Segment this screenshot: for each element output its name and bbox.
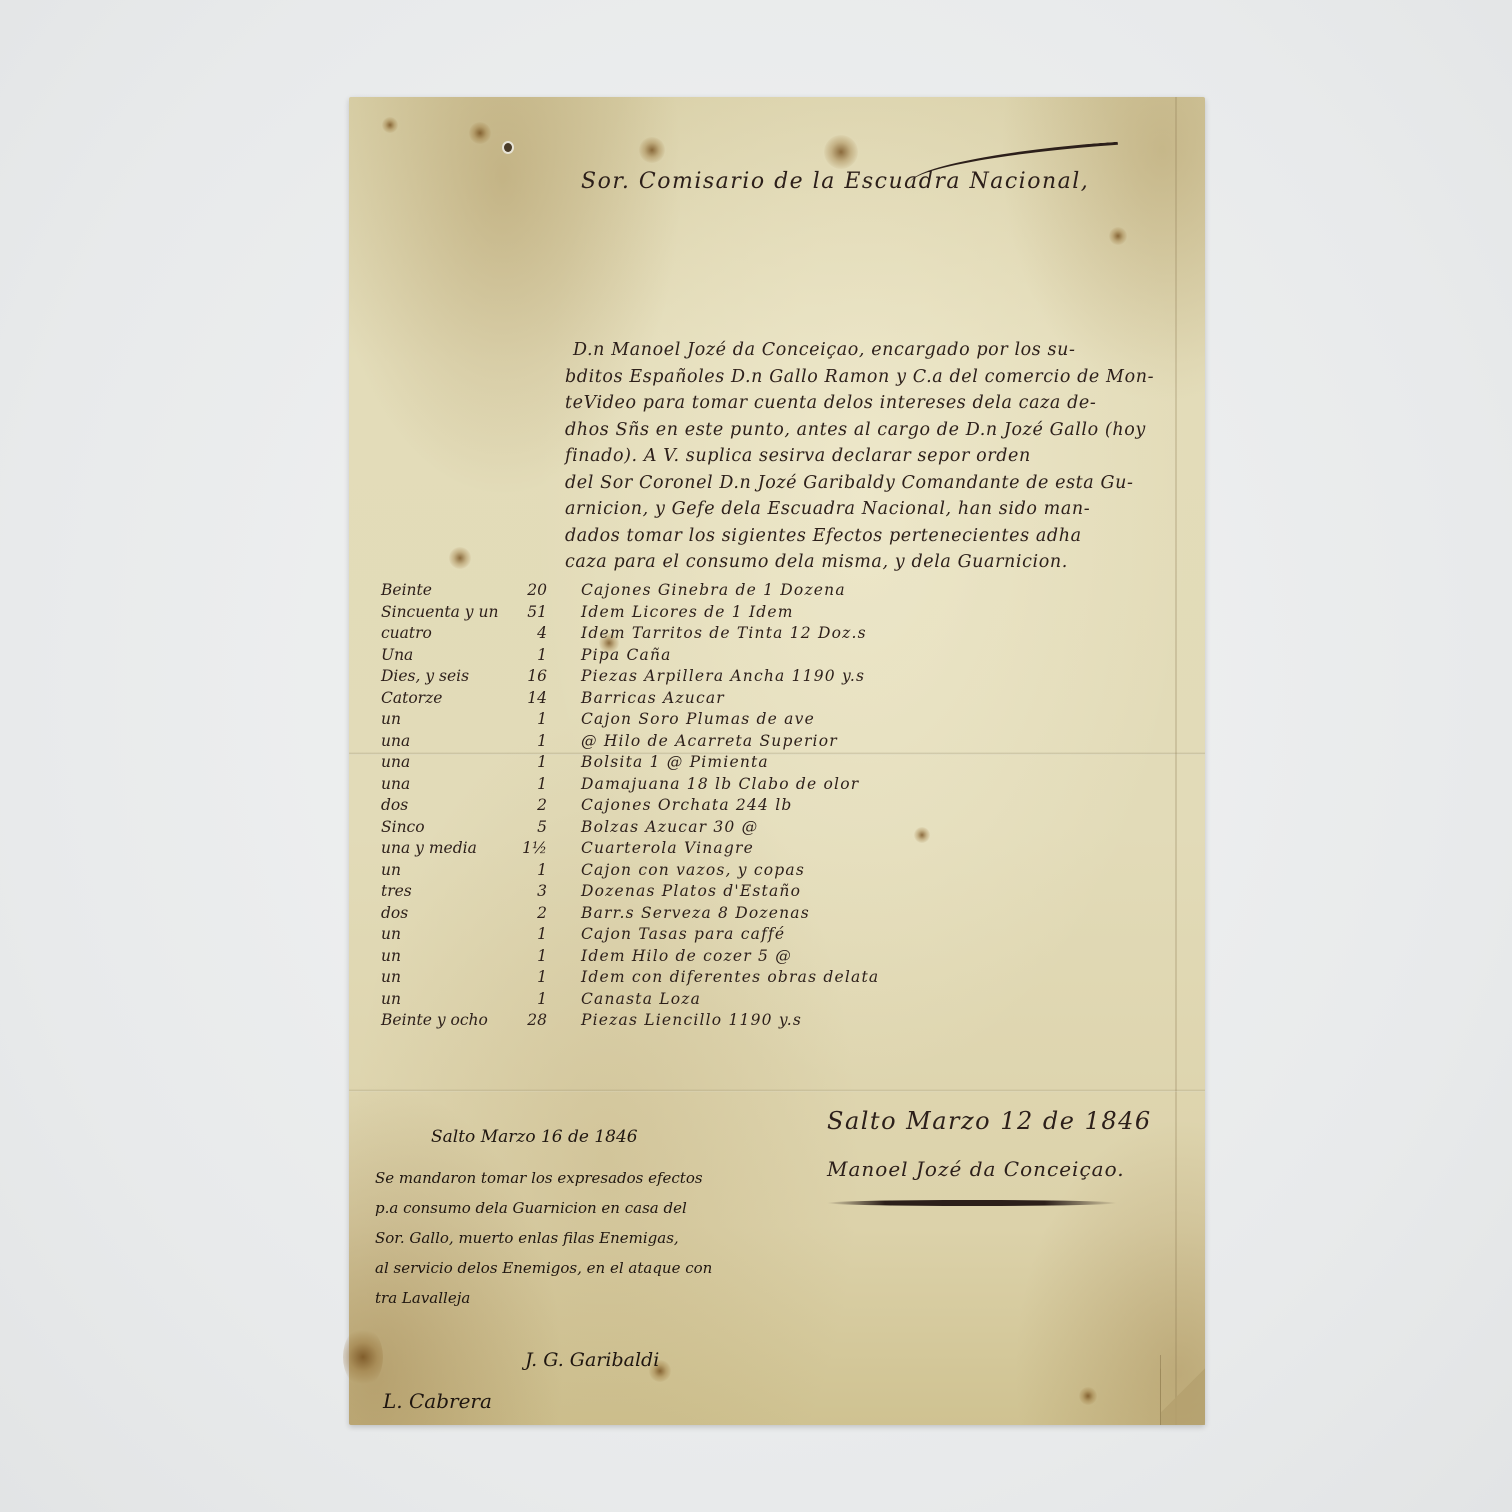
item-description: Idem Hilo de cozer 5 @ <box>581 947 792 965</box>
item-description: Cajon Soro Plumas de ave <box>581 710 815 728</box>
item-description: Dozenas Platos d'Estaño <box>581 882 801 900</box>
body-line: D.n Manoel Jozé da Conceiçao, encargado … <box>565 337 1185 364</box>
item-quantity-word: Catorze <box>381 689 501 707</box>
document-heading: Sor. Comisario de la Escuadra Nacional, <box>581 169 1089 194</box>
item-quantity-number: 28 <box>497 1011 547 1029</box>
signature-name: Manoel Jozé da Conceiçao. <box>827 1157 1152 1181</box>
item-description: Bolzas Azucar 30 @ <box>581 818 758 836</box>
item-quantity-word: dos <box>381 796 501 814</box>
body-line: dhos Sñs en este punto, antes al cargo d… <box>565 417 1185 444</box>
item-description: Idem Licores de 1 Idem <box>581 603 794 621</box>
item-quantity-number: 1 <box>497 775 547 793</box>
inventory-row: un1Idem con diferentes obras delata <box>381 968 1181 990</box>
item-quantity-word: una <box>381 753 501 771</box>
body-line: finado). A V. suplica sesirva declarar s… <box>565 443 1185 470</box>
item-description: Idem Tarritos de Tinta 12 Doz.s <box>581 624 867 642</box>
item-description: Idem con diferentes obras delata <box>581 968 879 986</box>
endorsement-line: tra Lavalleja <box>375 1283 795 1313</box>
body-paragraph: D.n Manoel Jozé da Conceiçao, encargado … <box>565 337 1185 576</box>
item-description: Cajon Tasas para caffé <box>581 925 785 943</box>
item-quantity-number: 20 <box>497 581 547 599</box>
item-quantity-number: 5 <box>497 818 547 836</box>
item-description: @ Hilo de Acarreta Superior <box>581 732 838 750</box>
garibaldi-signature: J. G. Garibaldi <box>525 1349 659 1371</box>
item-quantity-number: 3 <box>497 882 547 900</box>
inventory-row: un1Canasta Loza <box>381 990 1181 1012</box>
body-line: teVideo para tomar cuenta delos interese… <box>565 390 1185 417</box>
item-quantity-word: cuatro <box>381 624 501 642</box>
endorsement-date: Salto Marzo 16 de 1846 <box>375 1127 795 1147</box>
item-description: Barricas Azucar <box>581 689 725 707</box>
item-description: Bolsita 1 @ Pimienta <box>581 753 769 771</box>
inventory-row: Catorze14Barricas Azucar <box>381 689 1181 711</box>
item-description: Piezas Arpillera Ancha 1190 y.s <box>581 667 865 685</box>
item-quantity-number: 14 <box>497 689 547 707</box>
item-quantity-number: 2 <box>497 796 547 814</box>
inventory-row: un1Idem Hilo de cozer 5 @ <box>381 947 1181 969</box>
foxing-stain <box>1079 1387 1097 1405</box>
item-quantity-number: 1½ <box>497 839 547 857</box>
item-description: Cajon con vazos, y copas <box>581 861 805 879</box>
item-description: Barr.s Serveza 8 Dozenas <box>581 904 810 922</box>
item-quantity-number: 1 <box>497 732 547 750</box>
item-description: Cajones Ginebra de 1 Dozena <box>581 581 846 599</box>
foxing-stain <box>382 117 398 133</box>
item-quantity-word: una <box>381 775 501 793</box>
item-quantity-number: 1 <box>497 947 547 965</box>
body-line: arnicion, y Gefe dela Escuadra Nacional,… <box>565 496 1185 523</box>
foxing-stain <box>824 135 858 169</box>
inventory-row: un1Cajon Soro Plumas de ave <box>381 710 1181 732</box>
inventory-row: una1Bolsita 1 @ Pimienta <box>381 753 1181 775</box>
item-quantity-word: dos <box>381 904 501 922</box>
endorsement-note: Salto Marzo 16 de 1846 Se mandaron tomar… <box>375 1127 795 1313</box>
body-line: dados tomar los sigientes Efectos perten… <box>565 523 1185 550</box>
item-quantity-word: tres <box>381 882 501 900</box>
item-quantity-number: 1 <box>497 990 547 1008</box>
endorsement-line: p.a consumo dela Guarnicion en casa del <box>375 1193 795 1223</box>
item-quantity-number: 4 <box>497 624 547 642</box>
item-quantity-word: un <box>381 710 501 728</box>
item-description: Piezas Liencillo 1190 y.s <box>581 1011 802 1029</box>
inventory-row: cuatro4Idem Tarritos de Tinta 12 Doz.s <box>381 624 1181 646</box>
item-quantity-number: 1 <box>497 753 547 771</box>
inventory-row: un1Cajon con vazos, y copas <box>381 861 1181 883</box>
endorsement-line: al servicio delos Enemigos, en el ataque… <box>375 1253 795 1283</box>
signature-flourish <box>827 1200 1117 1206</box>
item-quantity-number: 1 <box>497 861 547 879</box>
item-quantity-word: Sinco <box>381 818 501 836</box>
inventory-row: una1@ Hilo de Acarreta Superior <box>381 732 1181 754</box>
item-quantity-word: una <box>381 732 501 750</box>
item-quantity-number: 2 <box>497 904 547 922</box>
body-line: bditos Españoles D.n Gallo Ramon y C.a d… <box>565 364 1185 391</box>
item-quantity-number: 1 <box>497 646 547 664</box>
inventory-row: Beinte20Cajones Ginebra de 1 Dozena <box>381 581 1181 603</box>
inventory-row: Una1Pipa Caña <box>381 646 1181 668</box>
foxing-stain <box>469 122 491 144</box>
item-quantity-number: 1 <box>497 968 547 986</box>
manuscript-page: Sor. Comisario de la Escuadra Nacional, … <box>349 97 1205 1425</box>
inventory-list: Beinte20Cajones Ginebra de 1 Dozena Sinc… <box>381 581 1181 1033</box>
item-description: Canasta Loza <box>581 990 701 1008</box>
inventory-row: una y media1½Cuarterola Vinagre <box>381 839 1181 861</box>
inventory-row: Dies, y seis16Piezas Arpillera Ancha 119… <box>381 667 1181 689</box>
item-description: Pipa Caña <box>581 646 672 664</box>
item-description: Cuarterola Vinagre <box>581 839 754 857</box>
inventory-row: dos2Barr.s Serveza 8 Dozenas <box>381 904 1181 926</box>
endorsement-line: Sor. Gallo, muerto enlas filas Enemigas, <box>375 1223 795 1253</box>
inventory-row: Beinte y ocho28Piezas Liencillo 1190 y.s <box>381 1011 1181 1033</box>
item-quantity-number: 16 <box>497 667 547 685</box>
item-quantity-word: Una <box>381 646 501 664</box>
foxing-stain <box>343 1327 383 1387</box>
item-description: Damajuana 18 lb Clabo de olor <box>581 775 859 793</box>
signature-block: Salto Marzo 12 de 1846 Manoel Jozé da Co… <box>827 1107 1152 1181</box>
cabrera-signature: L. Cabrera <box>383 1389 492 1413</box>
inventory-row: tres3Dozenas Platos d'Estaño <box>381 882 1181 904</box>
item-quantity-word: Beinte <box>381 581 501 599</box>
folded-corner <box>1160 1355 1205 1425</box>
inventory-row: Sincuenta y un51Idem Licores de 1 Idem <box>381 603 1181 625</box>
inventory-row: un1Cajon Tasas para caffé <box>381 925 1181 947</box>
foxing-stain <box>639 137 665 163</box>
foxing-stain <box>449 547 471 569</box>
item-quantity-word: Beinte y ocho <box>381 1011 501 1029</box>
body-line: caza para el consumo dela misma, y dela … <box>565 549 1185 576</box>
item-description: Cajones Orchata 244 lb <box>581 796 792 814</box>
item-quantity-word: una y media <box>381 839 501 857</box>
paper-hole <box>504 143 512 152</box>
inventory-row: Sinco5Bolzas Azucar 30 @ <box>381 818 1181 840</box>
endorsement-line: Se mandaron tomar los expresados efectos <box>375 1163 795 1193</box>
inventory-row: una1Damajuana 18 lb Clabo de olor <box>381 775 1181 797</box>
item-quantity-number: 1 <box>497 925 547 943</box>
item-quantity-number: 51 <box>497 603 547 621</box>
item-quantity-word: un <box>381 861 501 879</box>
foxing-stain <box>1109 227 1127 245</box>
item-quantity-number: 1 <box>497 710 547 728</box>
item-quantity-word: un <box>381 990 501 1008</box>
item-quantity-word: un <box>381 925 501 943</box>
item-quantity-word: Dies, y seis <box>381 667 501 685</box>
inventory-row: dos2Cajones Orchata 244 lb <box>381 796 1181 818</box>
item-quantity-word: un <box>381 968 501 986</box>
item-quantity-word: Sincuenta y un <box>381 603 501 621</box>
body-line: del Sor Coronel D.n Jozé Garibaldy Coman… <box>565 470 1185 497</box>
item-quantity-word: un <box>381 947 501 965</box>
signature-place-date: Salto Marzo 12 de 1846 <box>827 1107 1152 1135</box>
